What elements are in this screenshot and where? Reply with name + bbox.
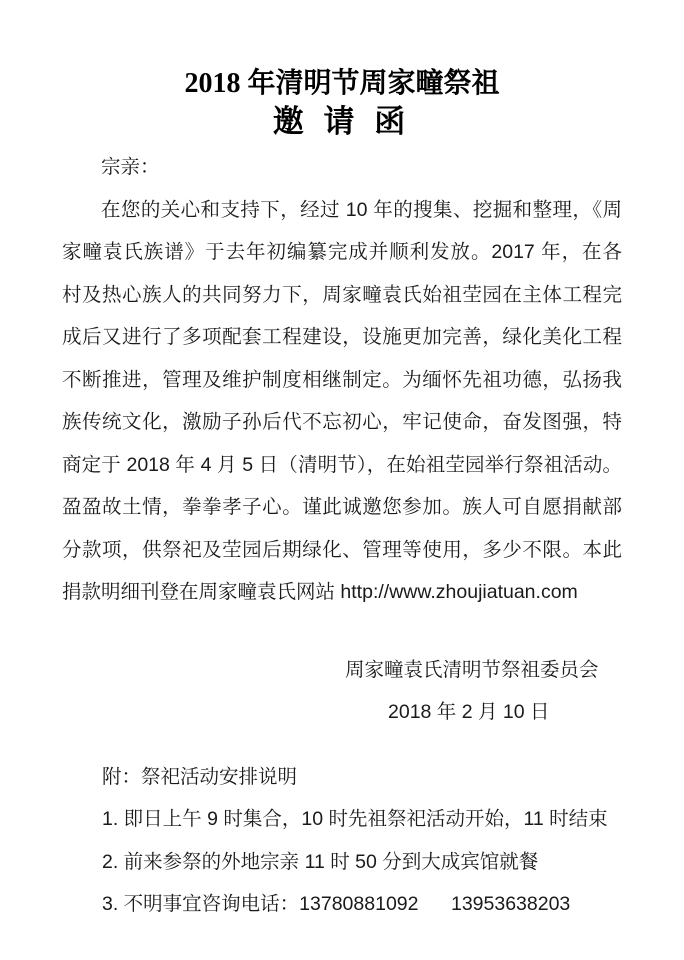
appendix-item-1: 1. 即日上午 9 时集合，10 时先祖祭祀活动开始，11 时结束 (62, 798, 622, 841)
signature-date: 2018 年 2 月 10 日 (62, 691, 622, 734)
page-subtitle: 邀 请 函 (62, 102, 622, 142)
salutation: 宗亲： (62, 146, 622, 189)
body-line: 成后又进行了多项配套工程建设，设施更加完善，绿化美化工程 (62, 316, 622, 359)
appendix: 附：祭祀活动安排说明 1. 即日上午 9 时集合，10 时先祖祭祀活动开始，11… (62, 756, 622, 926)
body-line: 在您的关心和支持下，经过 10 年的搜集、挖掘和整理，《周 (62, 189, 622, 232)
body-line: 家疃袁氏族谱》于去年初编纂完成并顺利发放。2017 年，在各 (62, 231, 622, 274)
signature-block: 周家疃袁氏清明节祭祖委员会 2018 年 2 月 10 日 (62, 649, 622, 734)
body-line-with-url: 捐款明细刊登在周家疃袁氏网站 http://www.zhoujiatuan.co… (62, 571, 622, 614)
body-line: 分款项，供祭祀及茔园后期绿化、管理等使用，多少不限。本此 (62, 529, 622, 572)
body-line: 商定于 2018 年 4 月 5 日（清明节），在始祖茔园举行祭祖活动。 (62, 444, 622, 487)
document-page: 2018 年清明节周家疃祭祖 邀 请 函 宗亲： 在您的关心和支持下，经过 10… (0, 0, 684, 960)
body-paragraph: 在您的关心和支持下，经过 10 年的搜集、挖掘和整理，《周 家疃袁氏族谱》于去年… (62, 189, 622, 614)
signature-committee: 周家疃袁氏清明节祭祖委员会 (62, 649, 622, 692)
body-line: 村及热心族人的共同努力下，周家疃袁氏始祖茔园在主体工程完 (62, 274, 622, 317)
appendix-item-2: 2. 前来参祭的外地宗亲 11 时 50 分到大成宾馆就餐 (62, 841, 622, 884)
body-line: 不断推进，管理及维护制度相继制定。为缅怀先祖功德，弘扬我 (62, 359, 622, 402)
body-line: 族传统文化，激励子孙后代不忘初心，牢记使命，奋发图强，特 (62, 401, 622, 444)
appendix-title: 附：祭祀活动安排说明 (62, 756, 622, 799)
body-line: 盈盈故土情，拳拳孝子心。谨此诚邀您参加。族人可自愿捐献部 (62, 486, 622, 529)
appendix-item-3: 3. 不明事宜咨询电话：13780881092 13953638203 (62, 883, 622, 926)
page-title: 2018 年清明节周家疃祭祖 (62, 66, 622, 102)
